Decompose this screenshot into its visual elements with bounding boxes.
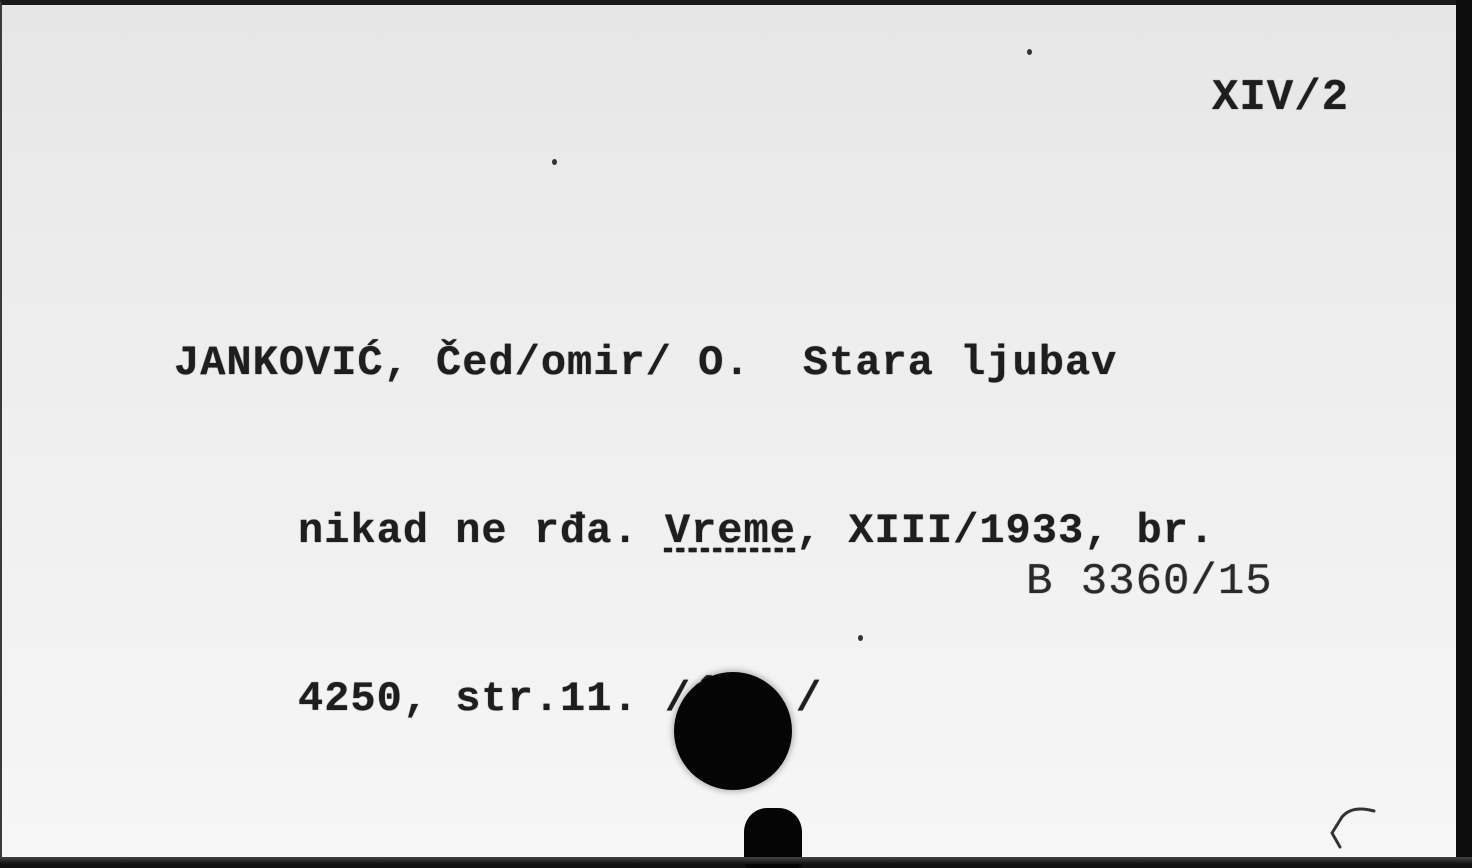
call-number-top: XIV/2 bbox=[1212, 73, 1349, 123]
volume-year: , XIII/1933, br. bbox=[796, 507, 1215, 555]
check-mark-icon bbox=[1312, 795, 1392, 855]
speck bbox=[1027, 49, 1032, 55]
title-part-2: nikad ne rđa. bbox=[298, 507, 639, 555]
punch-notch bbox=[744, 808, 802, 864]
author: JANKOVIĆ, Čed/omir/ O. bbox=[174, 339, 751, 387]
call-number-bottom: B 3360/15 bbox=[1026, 557, 1273, 607]
periodical-name: Vreme bbox=[665, 507, 796, 555]
speck bbox=[858, 635, 863, 641]
entry-line-author: JANKOVIĆ, Čed/omir/ O. Stara ljubav bbox=[174, 335, 1215, 391]
scan-edge-bottom bbox=[0, 857, 1472, 864]
punch-hole bbox=[674, 672, 792, 790]
title-part-1: Stara ljubav bbox=[803, 339, 1117, 387]
entry-line-title: nikad ne rđa. Vreme, XIII/1933, br. bbox=[174, 503, 1215, 559]
scan-edge-right bbox=[1456, 0, 1472, 864]
speck bbox=[552, 159, 557, 165]
